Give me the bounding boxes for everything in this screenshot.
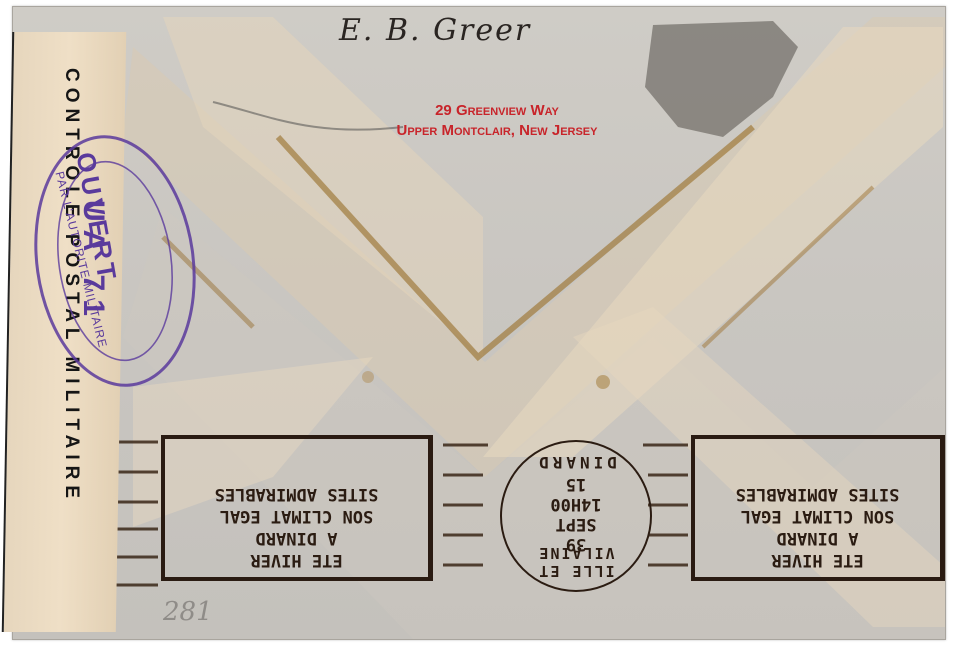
return-address-line1: 29 Greenview Way [347,101,647,121]
slogan-line: SITES ADMIRABLES [695,483,940,505]
postmark-time: 14H00 [502,494,650,514]
slogan-line: SON CLIMAT EGAL [695,505,940,527]
postmark-month: SEPT [502,514,650,534]
return-address-line2: Upper Montclair, New Jersey [347,121,647,141]
dinard-postmark: ILLE ET VILAINE 39 SEPT 14H00 15 DINARD [500,440,652,592]
postmark-year: 39 [502,534,650,554]
sender-signature: E. B. Greer [339,13,531,48]
slogan-cancel-left: ETE HIVER A DINARD SON CLIMAT EGAL SITES… [161,435,433,581]
slogan-line: A DINARD [695,527,940,549]
pencil-note: 281 [163,597,213,627]
slogan-line: SITES ADMIRABLES [165,483,428,505]
postmark-town: DINARD [502,453,650,472]
slogan-line: ETE HIVER [165,549,428,571]
slogan-line: SON CLIMAT EGAL [165,505,428,527]
postmark-day: 15 [502,474,650,494]
slogan-line: ETE HIVER [695,549,940,571]
return-address: 29 Greenview Way Upper Montclair, New Je… [347,101,647,141]
slogan-cancel-right: ETE HIVER A DINARD SON CLIMAT EGAL SITES… [691,435,945,581]
slogan-line: A DINARD [165,527,428,549]
